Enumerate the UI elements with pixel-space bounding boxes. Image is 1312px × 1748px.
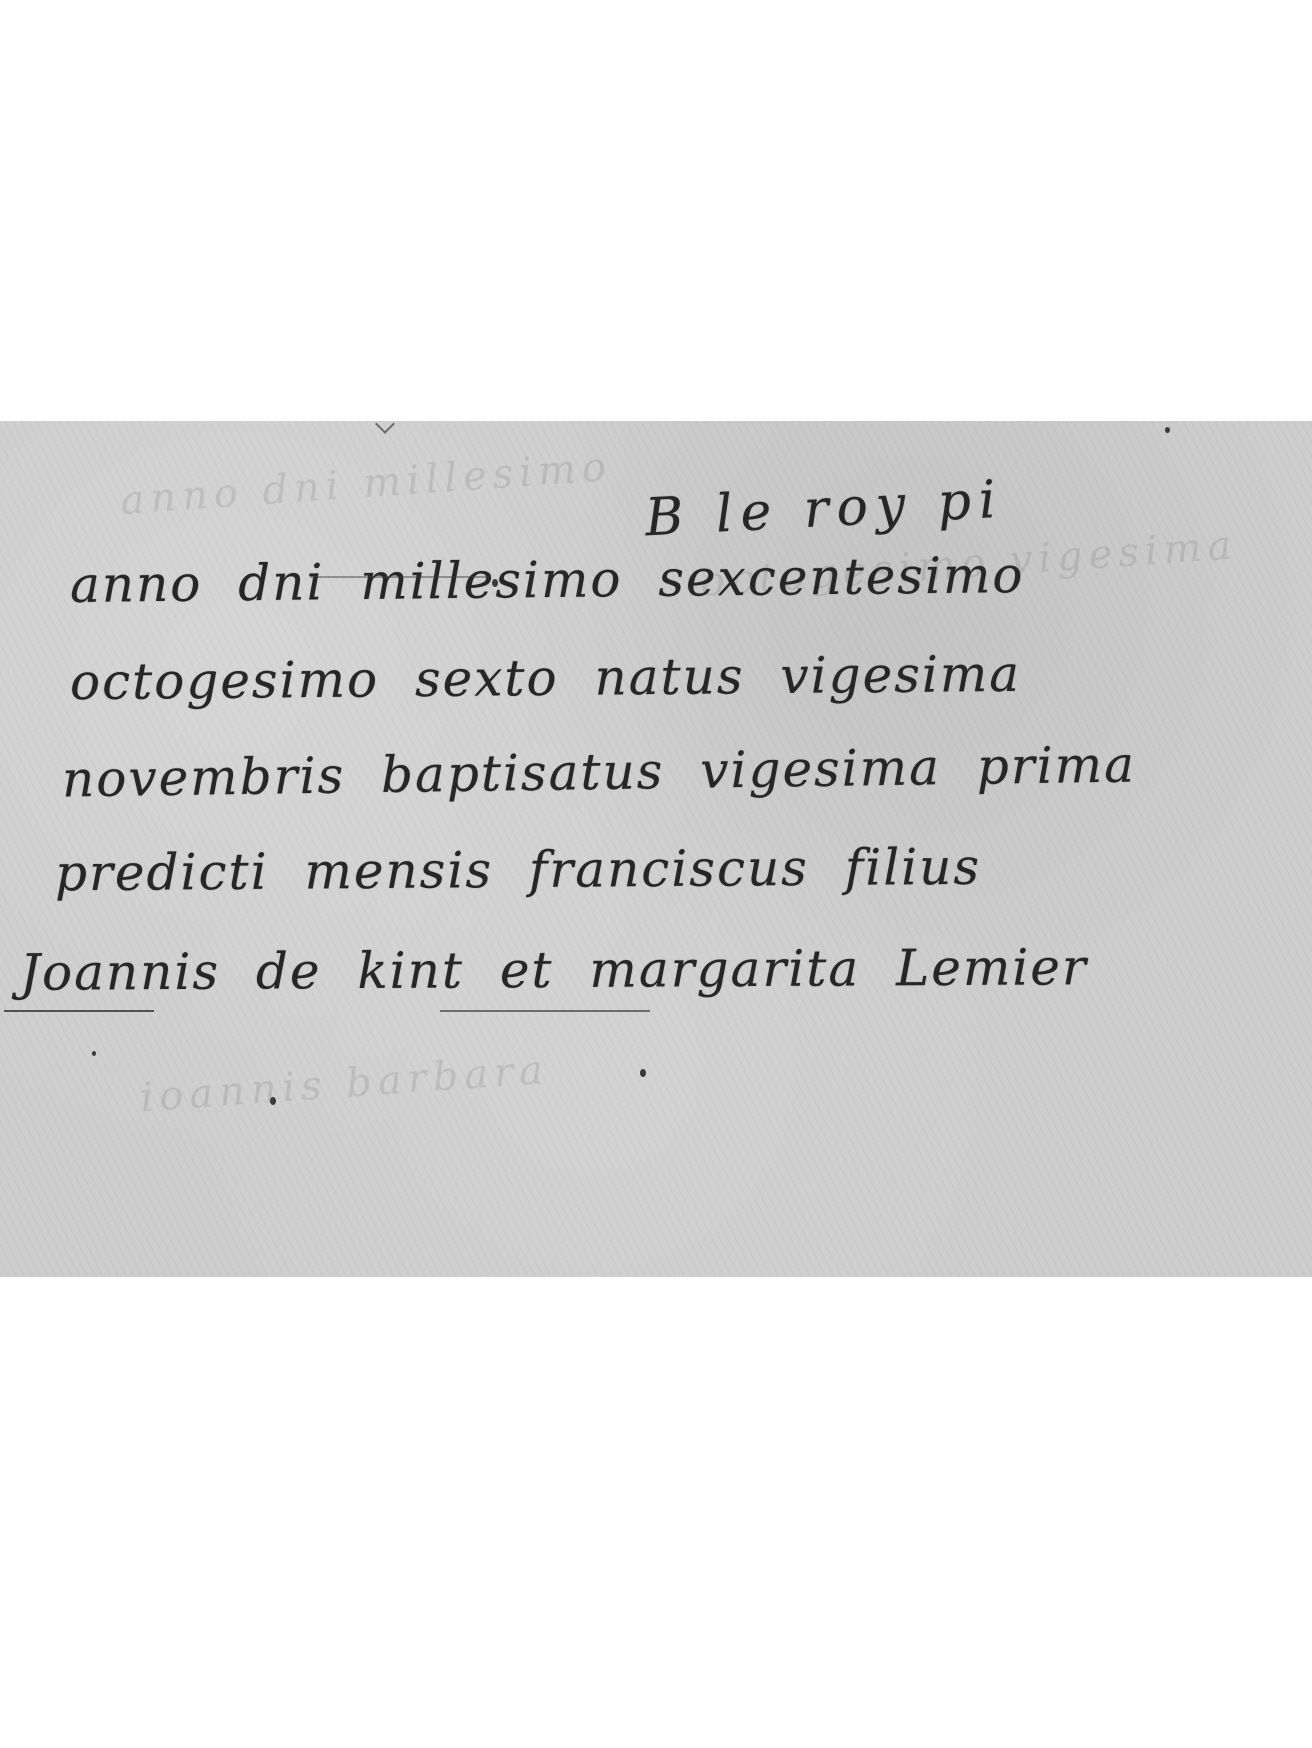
overline-stroke bbox=[310, 576, 490, 578]
ink-speck bbox=[1165, 427, 1170, 433]
margin-tick-mark bbox=[375, 421, 395, 434]
entry-line-3: novembris baptisatus vigesima prima bbox=[62, 736, 1137, 809]
ink-speck bbox=[92, 1051, 96, 1056]
margin-note: B le roy pi bbox=[644, 470, 1005, 549]
bleed-through-text: anno dni millesimo bbox=[119, 444, 613, 524]
entry-line-1: anno dni millesimo sexcentesimo bbox=[70, 546, 1025, 614]
ink-speck bbox=[492, 579, 498, 587]
bleed-through-text: ioannis barbara bbox=[139, 1047, 550, 1121]
underline-stroke bbox=[440, 1010, 650, 1012]
entry-line-4: predicti mensis franciscus filius bbox=[55, 838, 981, 902]
ink-speck bbox=[270, 1097, 276, 1105]
ink-speck bbox=[640, 1069, 646, 1077]
underline-stroke bbox=[4, 1010, 154, 1012]
entry-line-2: octogesimo sexto natus vigesima bbox=[70, 645, 1022, 711]
manuscript-scan: anno dni millesimo octogesimo vigesima i… bbox=[0, 421, 1312, 1277]
entry-line-5: Joannis de kint et margarita Lemier bbox=[20, 938, 1088, 1002]
